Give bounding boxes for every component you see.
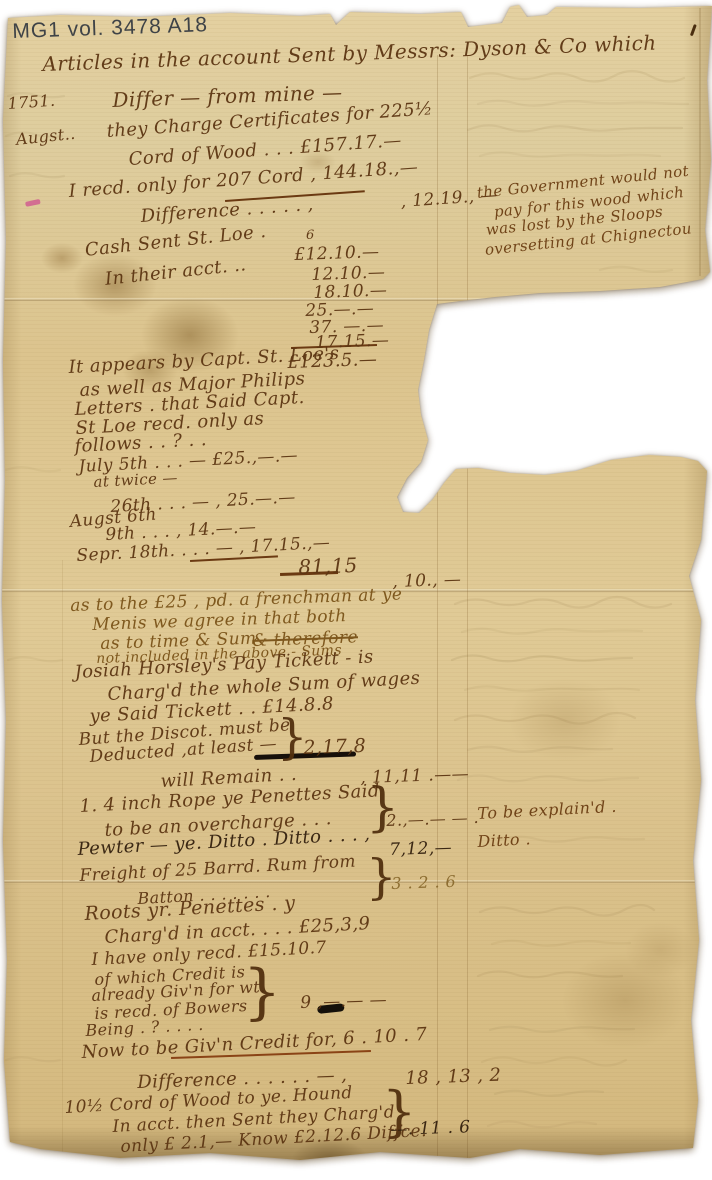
- manuscript-line: 2,17,8: [303, 735, 367, 759]
- manuscript-line: 9 ,—.— —: [300, 990, 387, 1013]
- column-rule: [467, 55, 468, 1160]
- crease-line: [62, 560, 63, 1160]
- manuscript-line: 81,15: [298, 553, 358, 579]
- manuscript-line: 6: [306, 228, 315, 243]
- year-label: 1751.: [7, 91, 56, 113]
- manuscript-line: , 10., —: [392, 570, 462, 592]
- crease-line: [699, 8, 701, 276]
- manuscript-scan: MG1 vol. 3478 A18 Articles in the accoun…: [0, 0, 712, 1180]
- column-rule: [437, 55, 438, 1160]
- manuscript-line: 7,12,—: [389, 838, 452, 860]
- manuscript-line: £12.10.—: [294, 242, 380, 265]
- manuscript-line: }: [243, 968, 282, 1016]
- manuscript-line: Ditto .: [477, 829, 531, 851]
- manuscript-line: 18 , 13 , 2: [405, 1065, 502, 1089]
- manuscript-line: 3 . 2 . 6: [391, 872, 456, 893]
- manuscript-line: 2.,—.— — .: [386, 808, 479, 830]
